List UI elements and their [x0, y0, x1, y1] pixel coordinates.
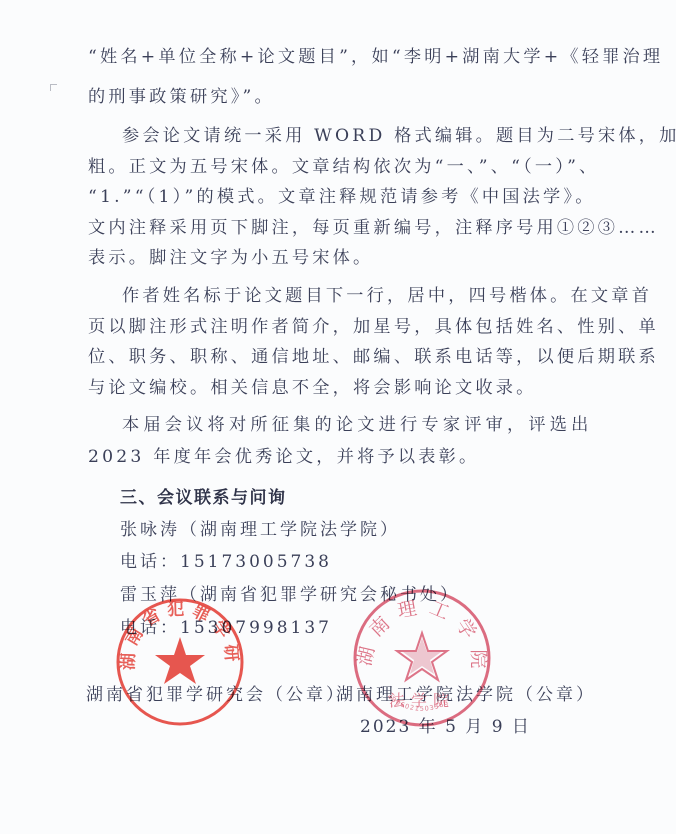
document-page: “姓名+单位全称+论文题目”，如“李明+湖南大学+《轻罪治理 的刑事政策研究》”…	[0, 0, 676, 834]
paragraph-line: 作者姓名标于论文题目下一行，居中，四号楷体。在文章首	[122, 285, 652, 307]
paragraph-line: “姓名+单位全称+论文题目”，如“李明+湖南大学+《轻罪治理	[88, 46, 663, 68]
paragraph-line: 页以脚注形式注明作者简介，加星号，具体包括姓名、性别、单	[88, 316, 659, 338]
paragraph-line: 参会论文请统一采用 WORD 格式编辑。题目为二号宋体，加	[122, 125, 676, 147]
paragraph-line: 本届会议将对所征集的论文进行专家评审，评选出	[122, 414, 593, 436]
seal-right-icon: 湖南理工学院 法学院 4306021503386	[352, 588, 492, 728]
paragraph-line: 位、职务、职称、通信地址、邮编、联系电话等，以便后期联系	[88, 346, 659, 368]
paragraph-line: 2023 年度年会优秀论文，并将予以表彰。	[88, 446, 479, 468]
contact-name: 张咏涛（湖南理工学院法学院）	[120, 515, 400, 540]
contact-phone: 电话：15173005738	[120, 547, 332, 572]
paragraph-line: 文内注释采用页下脚注，每页重新编号，注释序号用①②③……	[88, 217, 659, 239]
contact-name: 雷玉萍（湖南省犯罪学研究会秘书处）	[120, 580, 460, 605]
signature-right: 湖南理工学院法学院（公章）	[336, 680, 596, 705]
paragraph-line: 表示。脚注文字为小五号宋体。	[88, 247, 373, 269]
signature-date: 2023 年 5 月 9 日	[360, 712, 531, 737]
paragraph-line: “1.”“（1）”的模式。文章注释规范请参考《中国法学》。	[88, 186, 596, 208]
paragraph-line: 的刑事政策研究》”。	[88, 86, 275, 108]
crop-mark	[50, 84, 57, 91]
svg-text:湖南理工学院: 湖南理工学院	[353, 595, 489, 678]
section-heading: 三、会议联系与问询	[120, 483, 287, 508]
contact-phone: 电话：15307998137	[120, 613, 332, 638]
official-seal-right: 湖南理工学院 法学院 4306021503386	[352, 588, 492, 728]
paragraph-line: 粗。正文为五号宋体。文章结构依次为“一、”、“（一）”、	[88, 156, 599, 178]
signature-left: 湖南省犯罪学研究会（公章）	[86, 680, 346, 705]
paragraph-line: 与论文编校。相关信息不全，将会影响论文收录。	[88, 377, 537, 399]
